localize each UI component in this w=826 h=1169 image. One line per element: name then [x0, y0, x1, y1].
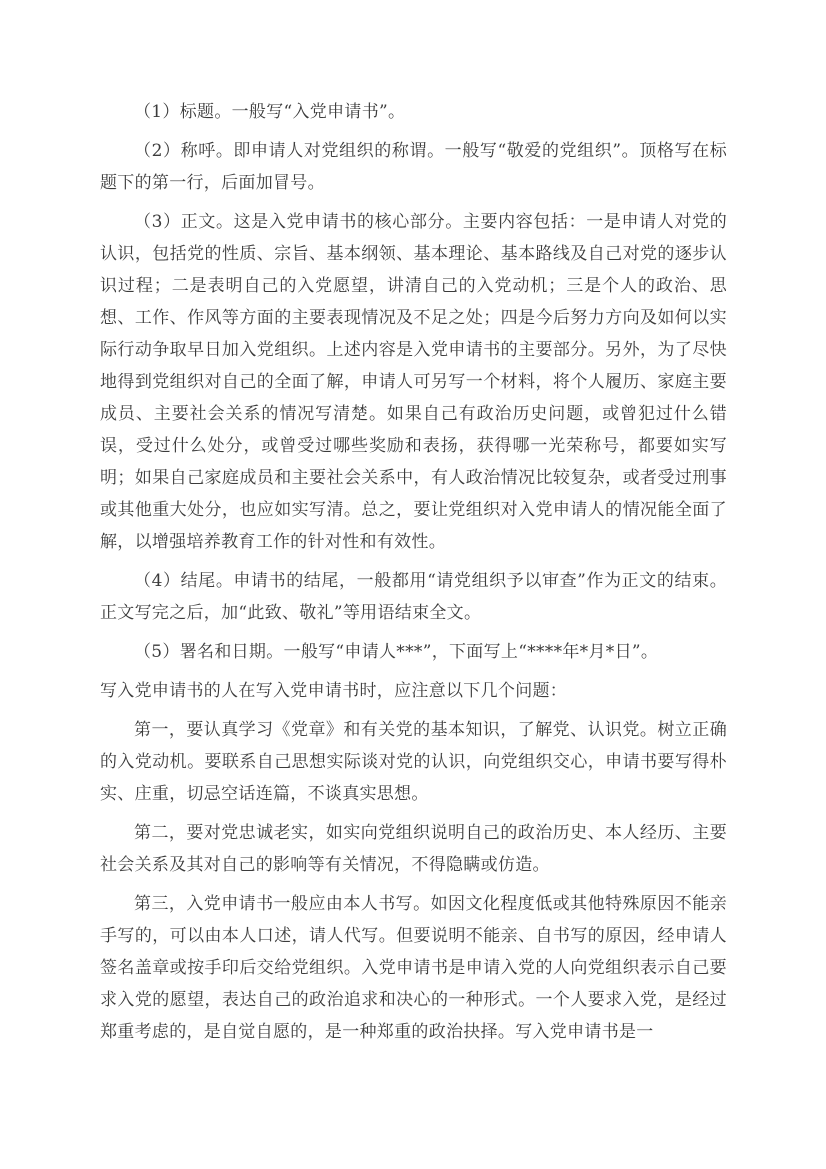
document-page: （1）标题。一般写“入党申请书”。（2）称呼。即申请人对党组织的称谓。一般写“敬…	[0, 0, 826, 1169]
paragraph: 第一，要认真学习《党章》和有关党的基本知识，了解党、认识党。树立正确的入党动机。…	[100, 714, 727, 810]
paragraph: （1）标题。一般写“入党申请书”。	[100, 96, 727, 128]
document-text-body: （1）标题。一般写“入党申请书”。（2）称呼。即申请人对党组织的称谓。一般写“敬…	[100, 96, 727, 1055]
paragraph: （4）结尾。申请书的结尾，一般都用“请党组织予以审查”作为正文的结束。正文写完之…	[100, 565, 727, 629]
paragraph: 第三，入党申请书一般应由本人书写。如因文化程度低或其他特殊原因不能亲手写的，可以…	[100, 888, 727, 1048]
paragraph: 写入党申请书的人在写入党申请书时，应注意以下几个问题：	[100, 675, 727, 707]
paragraph: （2）称呼。即申请人对党组织的称谓。一般写“敬爱的党组织”。顶格写在标题下的第一…	[100, 135, 727, 199]
paragraph: 第二，要对党忠诚老实，如实向党组织说明自己的政治历史、本人经历、主要社会关系及其…	[100, 817, 727, 881]
paragraph: （3）正文。这是入党申请书的核心部分。主要内容包括：一是申请人对党的认识，包括党…	[100, 206, 727, 558]
paragraph: （5）署名和日期。一般写“申请人***”，下面写上“****年*月*日”。	[100, 636, 727, 668]
